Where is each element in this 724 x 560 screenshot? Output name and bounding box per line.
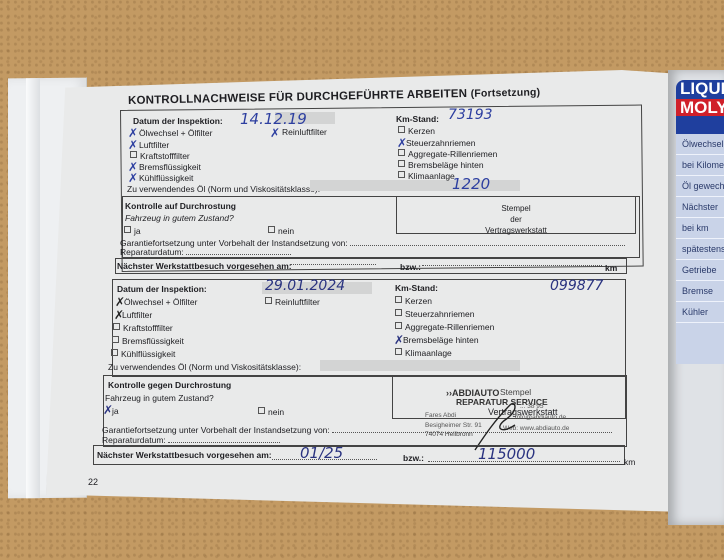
km-unit: km — [624, 457, 635, 467]
checkbox[interactable] — [265, 297, 272, 304]
item-v-belt: Aggregate-Rillenriemen — [395, 322, 494, 332]
option-yes: ja — [124, 226, 141, 236]
item-air-filter: Luftfilter — [122, 310, 152, 320]
next-visit-label: Nächster Werkstattbesuch vorgesehen am: — [97, 450, 272, 460]
sticker-row: Öl gewechselt — [676, 176, 724, 197]
oil-spec-label: Zu verwendendes Öl (Norm und Viskositäts… — [127, 184, 320, 194]
bzw-label: bzw.: — [400, 262, 421, 272]
item-rear-brakes: Bremsbeläge hinten — [403, 335, 479, 345]
rust-heading: Kontrolle auf Durchrostung — [125, 201, 236, 211]
checkbox[interactable] — [268, 226, 275, 233]
item-coolant: Kühlflüssigkeit — [111, 349, 175, 359]
stamp-box: Stempel der Vertragswerkstatt — [396, 196, 636, 234]
check-mark-icon: ✗ — [128, 128, 138, 138]
next-visit-date-field[interactable] — [290, 264, 376, 265]
checkbox[interactable] — [398, 126, 405, 133]
item-label: Bremsflüssigkeit — [122, 336, 184, 346]
item-timing-belt: Steuerzahnriemen — [406, 138, 475, 148]
item-label: nein — [278, 226, 294, 236]
page-number: 22 — [88, 477, 98, 487]
sticker-row: Getriebe — [676, 260, 724, 281]
next-visit-km-field[interactable] — [422, 265, 602, 266]
entry-2-next-date: 01/25 — [300, 444, 343, 462]
stamp-label: Stempel — [397, 203, 635, 214]
item-spark-plugs: Kerzen — [398, 126, 435, 136]
check-mark-icon: ✗ — [128, 173, 138, 183]
entry-1-oil: 1220 — [452, 175, 490, 193]
sticker-row: Ölwechsel — [676, 134, 724, 155]
sticker-row: Bremse — [676, 281, 724, 302]
repair-date-line: Reparaturdatum: — [102, 435, 280, 445]
checkbox[interactable] — [258, 407, 265, 414]
oil-spec-label: Zu verwendendes Öl (Norm und Viskositäts… — [108, 362, 301, 372]
sticker-row: spätestens — [676, 239, 724, 260]
entry-2-km: 099877 — [550, 278, 603, 294]
item-label: Klimaanlage — [408, 171, 455, 181]
bzw-label: bzw.: — [403, 453, 424, 463]
item-label: Aggregate-Rillenriemen — [405, 322, 494, 332]
brand-line1: LIQUI — [676, 80, 724, 97]
item-oil-change: Ölwechsel + Ölfilter — [139, 128, 212, 138]
date-label: Datum der Inspektion: — [117, 284, 207, 294]
checkbox[interactable] — [124, 226, 131, 233]
entry-2-date: 29.01.2024 — [265, 278, 345, 294]
warranty-label: Garantiefortsetzung unter Vorbehalt der … — [102, 425, 330, 435]
item-timing-belt: Steuerzahnriemen — [395, 309, 474, 319]
option-no: nein — [258, 407, 284, 417]
condition-question: Fahrzeug in gutem Zustand? — [105, 393, 214, 403]
item-brake-fluid: Bremsflüssigkeit — [112, 336, 184, 346]
km-label: Km-Stand: — [395, 283, 438, 293]
repair-date-field[interactable] — [186, 254, 291, 255]
check-mark-icon: ✗ — [128, 140, 138, 150]
checkbox[interactable] — [398, 160, 405, 167]
checkbox[interactable] — [130, 151, 137, 158]
item-fuel-filter: Kraftstofffilter — [130, 151, 190, 161]
oil-change-sticker: Ölwechsel bei Kilometer Öl gewechselt Nä… — [676, 134, 724, 364]
item-label: Steuerzahnriemen — [405, 309, 474, 319]
item-label: Kerzen — [408, 126, 435, 136]
stamp-label: der — [397, 214, 635, 225]
entry-2-next-km: 115000 — [478, 445, 535, 463]
checkbox[interactable] — [395, 309, 402, 316]
option-yes: ja — [112, 406, 119, 416]
stamp-owner: Fares Abdi — [425, 412, 456, 419]
repair-date-label: Reparaturdatum: — [120, 247, 184, 257]
repair-date-label: Reparaturdatum: — [102, 435, 166, 445]
next-visit-label: Nächster Werkstattbesuch vorgesehen am: — [117, 261, 292, 271]
sticker-row: Nächster — [676, 197, 724, 218]
item-label: nein — [268, 407, 284, 417]
item-label: Kerzen — [405, 296, 432, 306]
brand-line2: MOLY — [676, 99, 724, 116]
sticker-row: bei Kilometer — [676, 155, 724, 176]
item-spark-plugs: Kerzen — [395, 296, 432, 306]
item-label: Kühlflüssigkeit — [121, 349, 175, 359]
item-label: Bremsbeläge hinten — [408, 160, 484, 170]
repair-date-field[interactable] — [168, 442, 280, 443]
item-label: ja — [134, 226, 141, 236]
item-coolant: Kühlflüssigkeit — [139, 173, 193, 183]
item-label: Kraftstofffilter — [123, 323, 173, 333]
item-air-filter: Luftfilter — [139, 140, 169, 150]
item-oil-change: Ölwechsel + Ölfilter — [124, 297, 197, 307]
checkbox[interactable] — [395, 322, 402, 329]
repair-date-line: Reparaturdatum: — [120, 247, 291, 257]
stamp-city: 74074 Heilbronn — [425, 431, 473, 438]
checkbox[interactable] — [398, 149, 405, 156]
condition-question: Fahrzeug in gutem Zustand? — [125, 213, 234, 223]
option-no: nein — [268, 226, 294, 236]
entry-1-km: 73193 — [448, 107, 493, 123]
warranty-field[interactable] — [350, 245, 625, 246]
sticker-row: bei km — [676, 218, 724, 239]
item-cabin-filter: Reinluftfilter — [282, 127, 327, 137]
checkbox[interactable] — [112, 336, 119, 343]
item-brake-fluid: Bremsflüssigkeit — [139, 162, 201, 172]
sticker-row: Kühler — [676, 302, 724, 323]
oil-field-shade — [320, 360, 520, 371]
item-label: Aggregate-Rillenriemen — [408, 149, 497, 159]
checkbox[interactable] — [111, 349, 118, 356]
checkbox[interactable] — [113, 323, 120, 330]
item-fuel-filter: Kraftstofffilter — [113, 323, 173, 333]
checkbox[interactable] — [395, 296, 402, 303]
liqui-moly-logo: LIQUI MOLY — [676, 80, 724, 134]
item-ac: Klimaanlage — [395, 348, 452, 358]
item-label: Kraftstofffilter — [140, 151, 190, 161]
item-ac: Klimaanlage — [398, 171, 455, 181]
km-unit: km — [605, 263, 617, 273]
checkbox[interactable] — [395, 348, 402, 355]
item-v-belt: Aggregate-Rillenriemen — [398, 149, 497, 159]
item-label: Reinluftfilter — [275, 297, 320, 307]
item-cabin-filter: Reinluftfilter — [265, 297, 320, 307]
rust-heading: Kontrolle gegen Durchrostung — [108, 380, 231, 390]
date-label: Datum der Inspektion: — [133, 116, 223, 126]
checkbox[interactable] — [398, 171, 405, 178]
item-rear-brakes: Bremsbeläge hinten — [398, 160, 484, 170]
check-mark-icon: ✗ — [270, 128, 280, 138]
stamp-label: Vertragswerkstatt — [397, 225, 635, 236]
item-label: Klimaanlage — [405, 348, 452, 358]
title-suffix: (Fortsetzung) — [471, 86, 541, 99]
km-label: Km-Stand: — [396, 114, 439, 124]
